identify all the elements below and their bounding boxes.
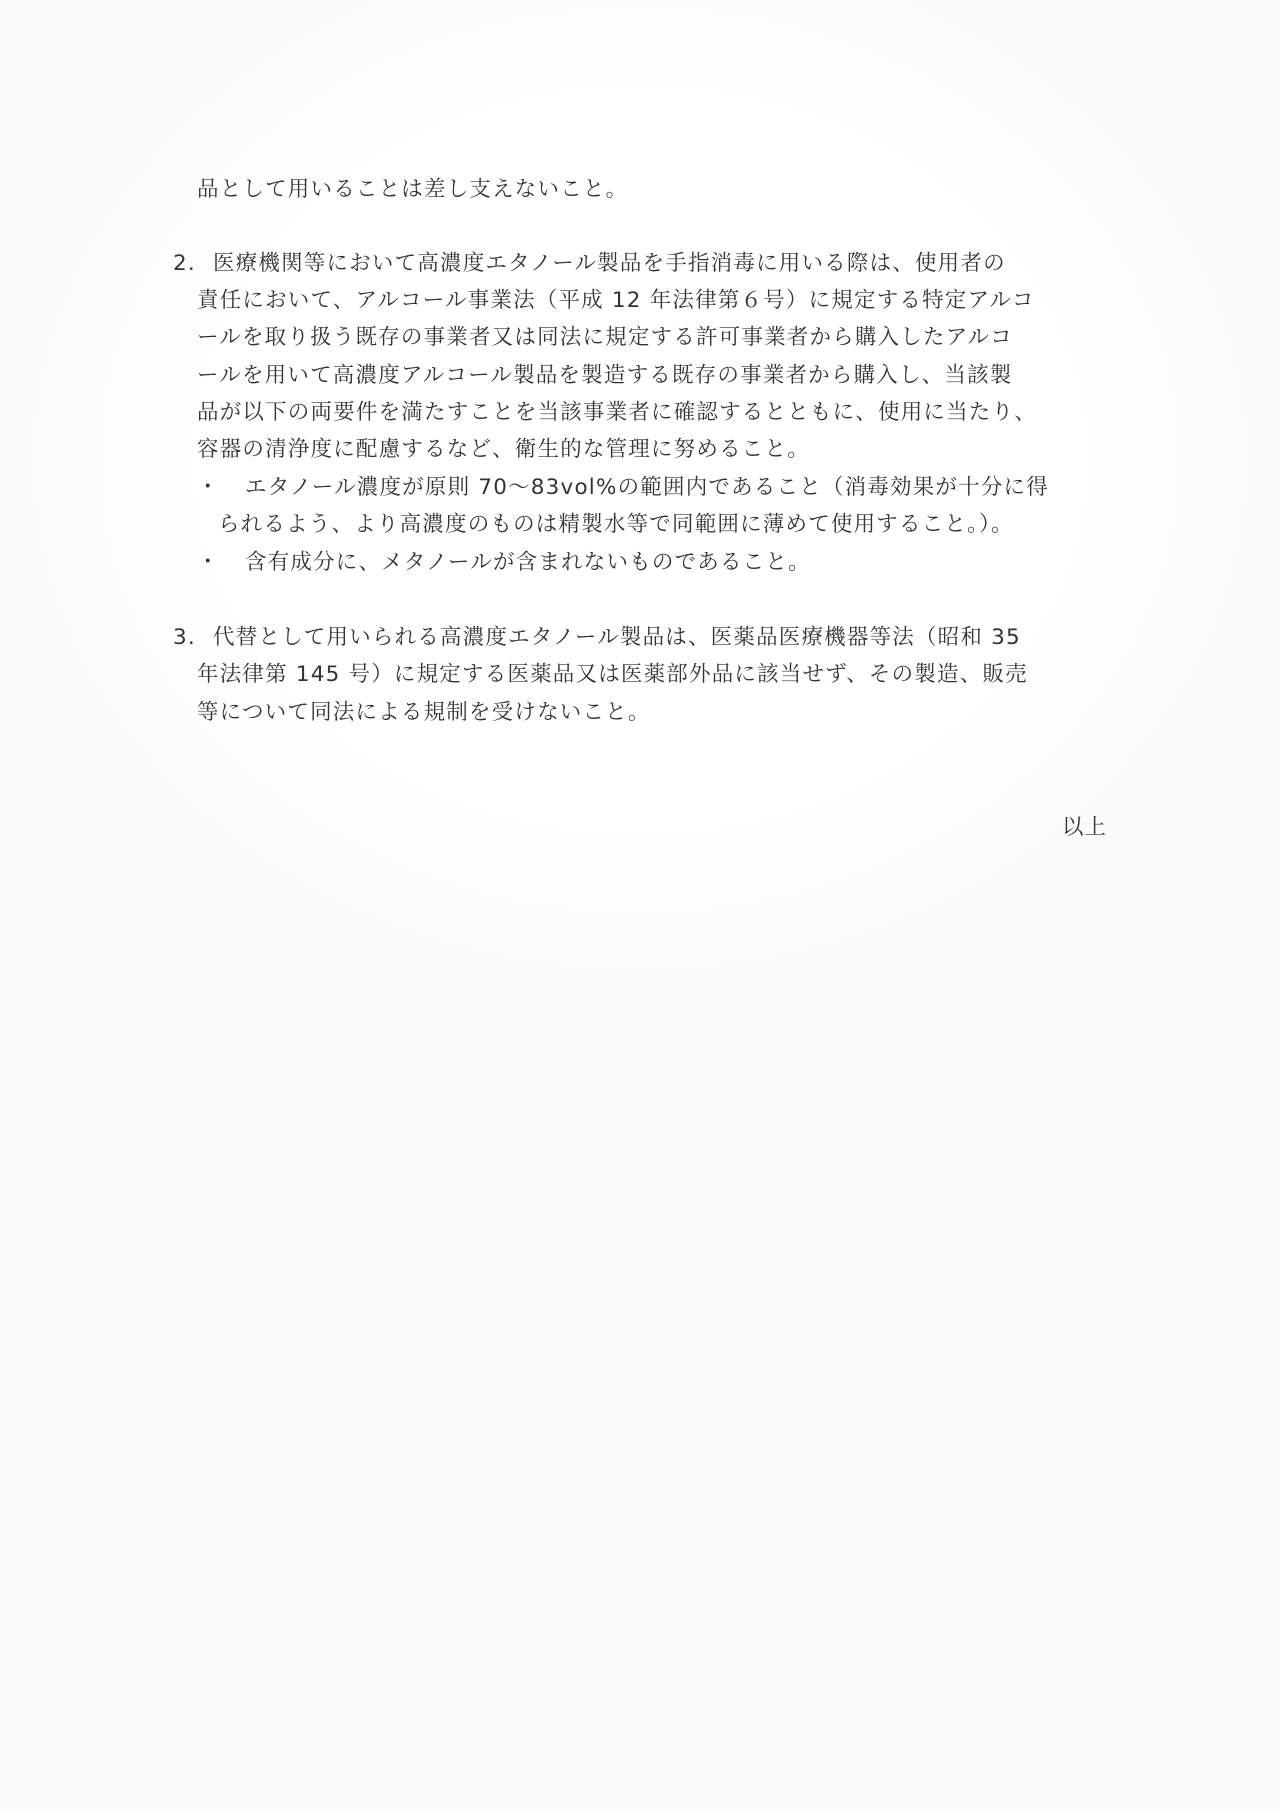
item-2-line-2: 責任において、アルコール事業法（平成 12 年法律第６号）に規定する特定アルコ xyxy=(197,287,1035,315)
bullet-2-line-1: ・含有成分に、メタノールが含まれないものであること。 xyxy=(197,549,811,577)
bullet-text: 含有成分に、メタノールが含まれないものであること。 xyxy=(245,550,811,575)
bullet-1-line-1: ・エタノール濃度が原則 70～83vol%の範囲内であること（消毒効果が十分に得 xyxy=(197,474,1049,502)
bullet-text: エタノール濃度が原則 70～83vol%の範囲内であること（消毒効果が十分に得 xyxy=(245,475,1049,500)
item-3-line-1: 3.代替として用いられる高濃度エタノール製品は、医薬品医療機器等法（昭和 35 xyxy=(173,624,1021,652)
bullet-1-line-2: られるよう、より高濃度のものは精製水等で同範囲に薄めて使用すること。）。 xyxy=(218,511,1014,539)
item-2-line-3: ールを取り扱う既存の事業者又は同法に規定する許可事業者から購入したアルコ xyxy=(197,324,1013,352)
closing-mark: 以上 xyxy=(1062,814,1107,842)
item-number: 3. xyxy=(173,624,213,652)
bullet-marker: ・ xyxy=(197,549,245,577)
item-2-line-5: 品が以下の両要件を満たすことを当該事業者に確認するとともに、使用に当たり、 xyxy=(197,399,1037,427)
item-2-line-6: 容器の清浄度に配慮するなど、衛生的な管理に努めること。 xyxy=(197,436,810,464)
item-2-line-1: 2.医療機関等において高濃度エタノール製品を手指消毒に用いる際は、使用者の xyxy=(173,250,1006,278)
continuation-text: 品として用いることは差し支えないこと。 xyxy=(197,176,628,204)
item-text: 代替として用いられる高濃度エタノール製品は、医薬品医療機器等法（昭和 35 xyxy=(213,625,1021,650)
document-page: 品として用いることは差し支えないこと。 2.医療機関等において高濃度エタノール製… xyxy=(0,0,1280,1811)
bullet-marker: ・ xyxy=(197,474,245,502)
item-text: 医療機関等において高濃度エタノール製品を手指消毒に用いる際は、使用者の xyxy=(213,251,1006,276)
item-2-line-4: ールを用いて高濃度アルコール製品を製造する既存の事業者から購入し、当該製 xyxy=(197,362,1012,390)
item-number: 2. xyxy=(173,250,213,278)
item-3-line-2: 年法律第 145 号）に規定する医薬品又は医薬部外品に該当せず、その製造、販売 xyxy=(197,661,1028,689)
item-3-line-3: 等について同法による規制を受けないこと。 xyxy=(197,699,651,727)
